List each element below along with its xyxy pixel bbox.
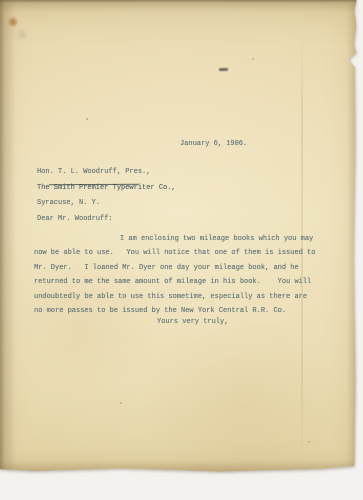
paper-speck [86, 118, 88, 120]
body-line: Mr. Dyer. I loaned Mr. Dyer one day your… [34, 261, 315, 275]
recipient-company-line: The Smith Premier Typewriter Co., [37, 181, 176, 197]
paper-page: January 6, 1906. Hon. T. L. Woodruff, Pr… [0, 0, 357, 472]
rust-stain-spot [8, 17, 18, 27]
body-line: undoubtedly be able to use this sometime… [34, 290, 315, 304]
ink-smudge [14, 30, 30, 40]
salutation-line: Dear Mr. Woodruff: [37, 212, 176, 228]
paper-speck [252, 58, 254, 60]
body-line: returned to me the same amount of mileag… [34, 275, 315, 289]
recipient-address-block: Hon. T. L. Woodruff, Pres., The Smith Pr… [37, 165, 176, 227]
date-line: January 6, 1906. [180, 139, 247, 149]
closing-line: Yours very truly, [157, 317, 228, 327]
paper-speck [120, 402, 122, 404]
paper-speck [308, 441, 310, 443]
paper-page-wrapper: January 6, 1906. Hon. T. L. Woodruff, Pr… [0, 0, 357, 472]
recipient-name-line: Hon. T. L. Woodruff, Pres., [37, 165, 176, 181]
letter-body: I am enclosing two mileage books which y… [34, 232, 315, 319]
body-line: I am enclosing two mileage books which y… [34, 232, 315, 246]
body-line: now be able to use. You will notice that… [34, 246, 315, 260]
letter-photo: January 6, 1906. Hon. T. L. Woodruff, Pr… [0, 0, 363, 500]
recipient-city-line: Syracuse, N. Y. [37, 196, 176, 212]
stray-typed-dash [219, 68, 228, 71]
